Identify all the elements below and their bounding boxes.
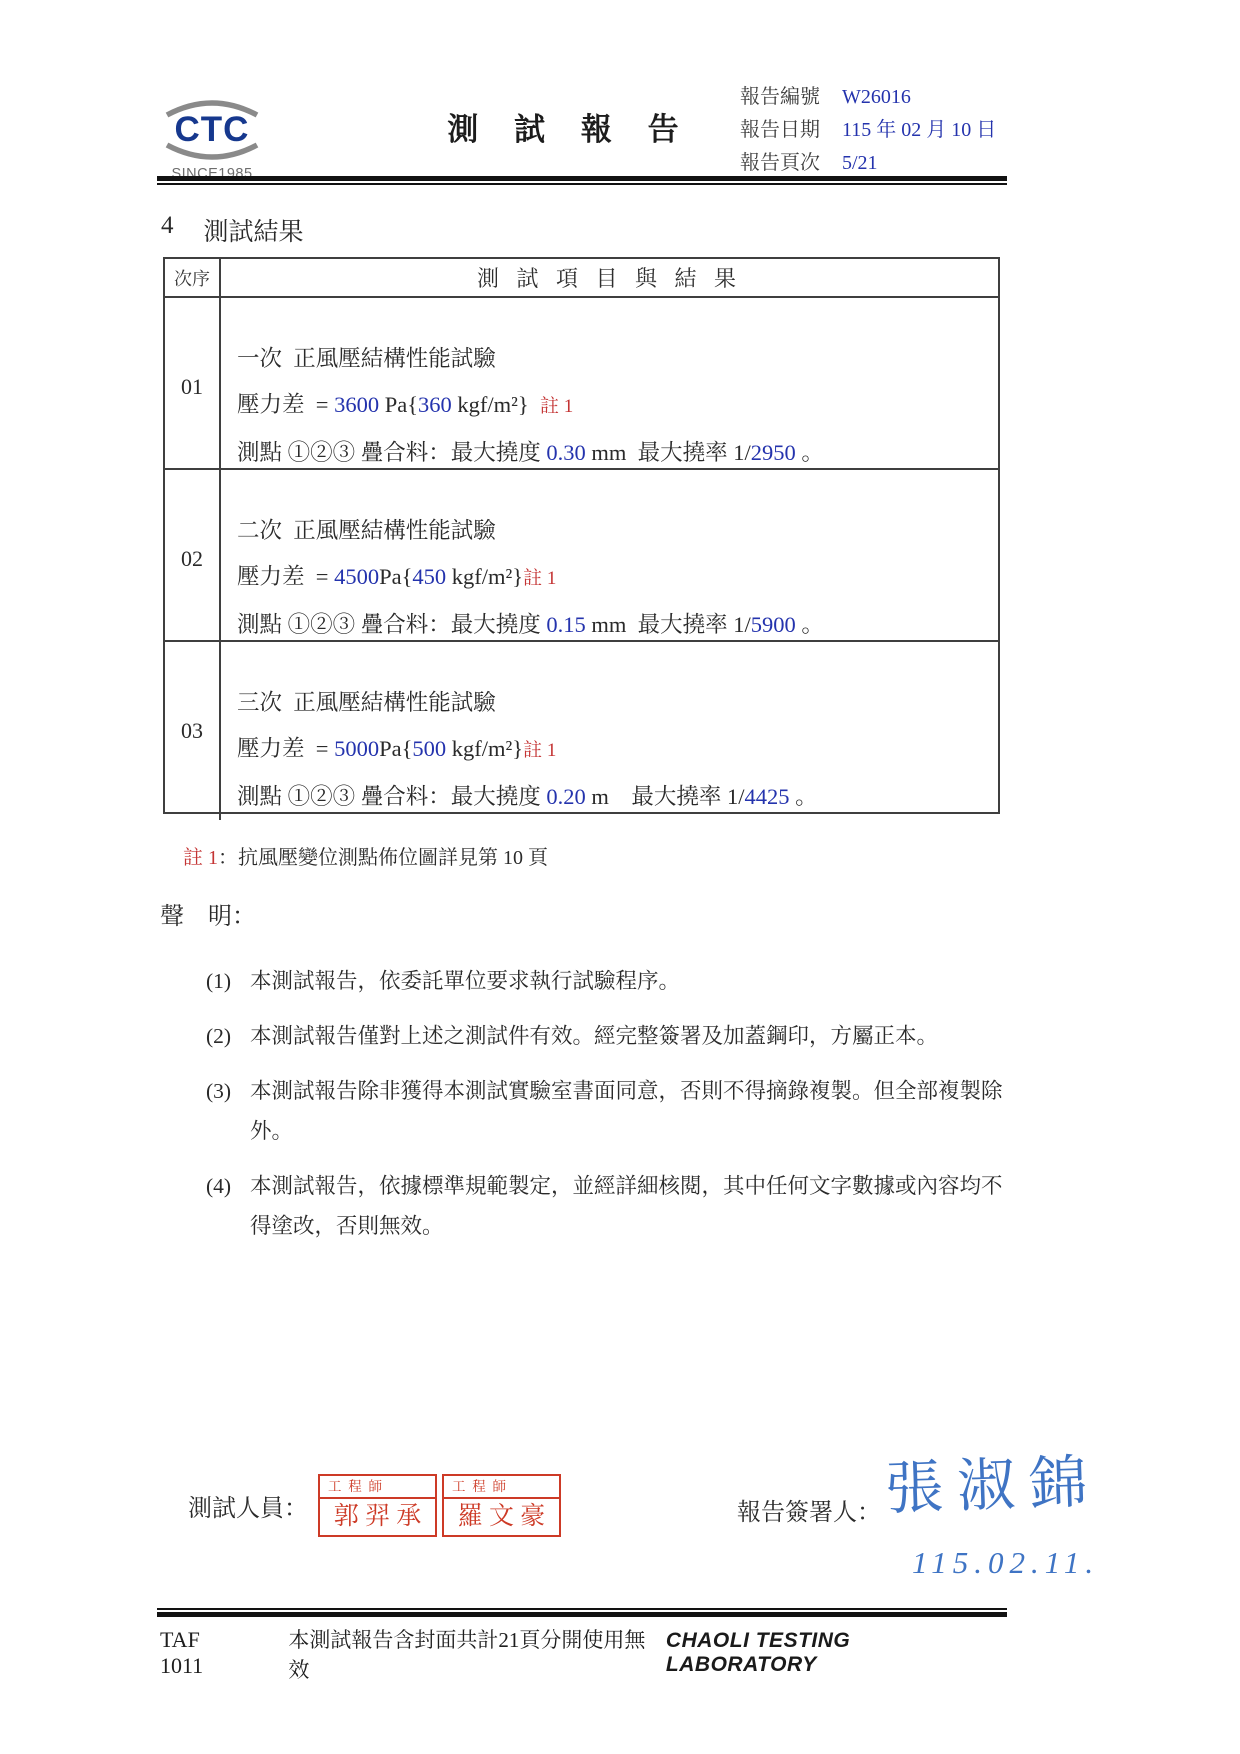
column-header-order: 次序 [165, 259, 221, 296]
row-content: 三次 正風壓結構性能試驗 壓力差 = 5000Pa{500 kgf/m²}註 1… [221, 642, 998, 820]
result-end: 。 [790, 784, 818, 809]
meta-value-report-date: 115 年 02 月 10 日 [842, 117, 996, 143]
meta-value-report-page: 5/21 [842, 150, 878, 176]
engineer-stamp: 工 程 師 郭 羿 承 [318, 1474, 437, 1537]
deflection-value: 0.15 [546, 612, 585, 637]
item-number: (2) [206, 1016, 250, 1056]
pressure-value-pa: 3600 [334, 392, 379, 417]
pressure-value-kgf: 450 [412, 564, 446, 589]
item-text: 本測試報告，依據標準規範製定，並經詳細核閱，其中任何文字數據或內容均不得塗改，否… [250, 1166, 1003, 1246]
meta-label: 報告頁次 [740, 150, 842, 176]
testers-label: 測試人員： [188, 1488, 308, 1523]
pressure-unit: Pa{ [379, 564, 412, 589]
result-label: 測點 ①②③ 疊合料：最大撓度 [237, 784, 546, 809]
testers-block: 測試人員： 工 程 師 郭 羿 承 工 程 師 羅 文 豪 [188, 1474, 566, 1537]
pressure-unit: Pa{ [379, 736, 412, 761]
table-row: 03 三次 正風壓結構性能試驗 壓力差 = 5000Pa{500 kgf/m²}… [165, 640, 998, 812]
declaration-item: (4) 本測試報告，依據標準規範製定，並經詳細核閱，其中任何文字數據或內容均不得… [206, 1166, 1010, 1246]
pressure-value-kgf: 360 [418, 392, 452, 417]
note-1-ref: 註 1 [540, 396, 573, 417]
pressure-label: 壓力差 = [237, 392, 334, 417]
result-mid: mm 最大撓率 1/ [586, 612, 751, 637]
footer: TAF 1011 本測試報告含封面共計21頁分開使用無效 CHAOLI TEST… [160, 1624, 1007, 1684]
pressure-value-pa: 4500 [334, 564, 379, 589]
pressure-unit-2: kgf/m²} [446, 736, 523, 761]
row-order: 03 [165, 642, 221, 820]
declaration-section: 聲 明： (1) 本測試報告，依委託單位要求執行試驗程序。 (2) 本測試報告僅… [160, 896, 1010, 1261]
result-end: 。 [796, 612, 824, 637]
result-label: 測點 ①②③ 疊合料：最大撓度 [237, 612, 546, 637]
test-name-line: 二次 正風壓結構性能試驗 [237, 508, 998, 554]
stamp-title: 工 程 師 [444, 1476, 559, 1499]
results-table-header: 次序 測 試 項 目 與 結 果 [165, 259, 998, 296]
row-content: 一次 正風壓結構性能試驗 壓力差 = 3600 Pa{360 kgf/m²} 註… [221, 298, 998, 476]
note-1-label: 註 1 [183, 847, 218, 869]
stamp-name: 郭 羿 承 [320, 1499, 435, 1535]
section-title-text: 測試結果 [204, 212, 304, 248]
meta-row-report-page: 報告頁次 5/21 [740, 150, 996, 176]
result-mid: m 最大撓率 1/ [586, 784, 745, 809]
deflection-value: 0.30 [546, 440, 585, 465]
engineer-stamp: 工 程 師 羅 文 豪 [442, 1474, 561, 1537]
signature-date-handwriting: 115.02.11. [912, 1545, 1099, 1581]
pressure-value-pa: 5000 [334, 736, 379, 761]
result-mid: mm 最大撓率 1/ [586, 440, 751, 465]
note-1-ref: 註 1 [523, 740, 556, 761]
pressure-value-kgf: 500 [412, 736, 446, 761]
meta-row-report-date: 報告日期 115 年 02 月 10 日 [740, 117, 996, 143]
pressure-label: 壓力差 = [237, 564, 334, 589]
item-number: (4) [206, 1166, 250, 1246]
pressure-line: 壓力差 = 4500Pa{450 kgf/m²}註 1 [237, 554, 998, 602]
row-order: 02 [165, 470, 221, 648]
item-number: (3) [206, 1071, 250, 1151]
stamp-name: 羅 文 豪 [444, 1499, 559, 1535]
meta-label: 報告日期 [740, 117, 842, 143]
footer-form-code: TAF 1011 [160, 1627, 248, 1679]
column-header-items: 測 試 項 目 與 結 果 [221, 259, 998, 296]
note-1-text: ：抗風壓變位測點佈位圖詳見第 10 頁 [218, 847, 548, 869]
pressure-unit-2: kgf/m²} [452, 392, 540, 417]
declaration-item: (3) 本測試報告除非獲得本測試實驗室書面同意，否則不得摘錄複製。但全部複製除外… [206, 1071, 1010, 1151]
section-number: 4 [161, 212, 174, 248]
pressure-line: 壓力差 = 5000Pa{500 kgf/m²}註 1 [237, 726, 998, 774]
deflection-ratio: 5900 [751, 612, 796, 637]
item-text: 本測試報告，依委託單位要求執行試驗程序。 [250, 961, 1003, 1001]
deflection-ratio: 2950 [751, 440, 796, 465]
signature-handwriting: 張淑錦 [884, 1434, 1103, 1525]
meta-value-report-number: W26016 [842, 84, 911, 110]
note-1-ref: 註 1 [523, 568, 556, 589]
pressure-line: 壓力差 = 3600 Pa{360 kgf/m²} 註 1 [237, 382, 998, 430]
meta-row-report-number: 報告編號 W26016 [740, 84, 996, 110]
result-line: 測點 ①②③ 疊合料：最大撓度 0.20 m 最大撓率 1/4425 。 [237, 774, 998, 820]
footer-lab-name: CHAOLI TESTING LABORATORY [666, 1629, 1007, 1677]
report-meta: 報告編號 W26016 報告日期 115 年 02 月 10 日 報告頁次 5/… [740, 84, 996, 183]
declaration-item: (1) 本測試報告，依委託單位要求執行試驗程序。 [206, 961, 1010, 1001]
section-title: 4 測試結果 [161, 212, 304, 248]
item-number: (1) [206, 961, 250, 1001]
item-text: 本測試報告除非獲得本測試實驗室書面同意，否則不得摘錄複製。但全部複製除外。 [250, 1071, 1003, 1151]
stamp-title: 工 程 師 [320, 1476, 435, 1499]
item-text: 本測試報告僅對上述之測試件有效。經完整簽署及加蓋鋼印，方屬正本。 [250, 1016, 1003, 1056]
ctc-logo-text: CTC [160, 112, 264, 148]
pressure-label: 壓力差 = [237, 736, 334, 761]
document-title: 測 試 報 告 [340, 104, 800, 149]
pressure-unit: Pa{ [379, 392, 418, 417]
table-row: 01 一次 正風壓結構性能試驗 壓力差 = 3600 Pa{360 kgf/m²… [165, 296, 998, 468]
ctc-logo: CTC SINCE1985 [160, 98, 264, 182]
footer-divider [157, 1608, 1007, 1617]
report-page: CTC SINCE1985 測 試 報 告 報告編號 W26016 報告日期 1… [0, 0, 1240, 1754]
pressure-unit-2: kgf/m²} [446, 564, 523, 589]
test-name-line: 一次 正風壓結構性能試驗 [237, 336, 998, 382]
test-name-line: 三次 正風壓結構性能試驗 [237, 680, 998, 726]
results-table: 次序 測 試 項 目 與 結 果 01 一次 正風壓結構性能試驗 壓力差 = 3… [163, 257, 1000, 814]
footer-notice: 本測試報告含封面共計21頁分開使用無效 [288, 1624, 666, 1684]
signer-label: 報告簽署人： [737, 1492, 881, 1527]
header-divider [157, 176, 1007, 185]
table-note: 註 1：抗風壓變位測點佈位圖詳見第 10 頁 [163, 818, 548, 893]
meta-label: 報告編號 [740, 84, 842, 110]
declaration-item: (2) 本測試報告僅對上述之測試件有效。經完整簽署及加蓋鋼印，方屬正本。 [206, 1016, 1010, 1056]
deflection-ratio: 4425 [745, 784, 790, 809]
declaration-heading: 聲 明： [160, 896, 1010, 931]
deflection-value: 0.20 [546, 784, 585, 809]
result-label: 測點 ①②③ 疊合料：最大撓度 [237, 440, 546, 465]
table-row: 02 二次 正風壓結構性能試驗 壓力差 = 4500Pa{450 kgf/m²}… [165, 468, 998, 640]
result-end: 。 [796, 440, 824, 465]
row-order: 01 [165, 298, 221, 476]
ctc-logo-mark: CTC [160, 98, 264, 162]
row-content: 二次 正風壓結構性能試驗 壓力差 = 4500Pa{450 kgf/m²}註 1… [221, 470, 998, 648]
